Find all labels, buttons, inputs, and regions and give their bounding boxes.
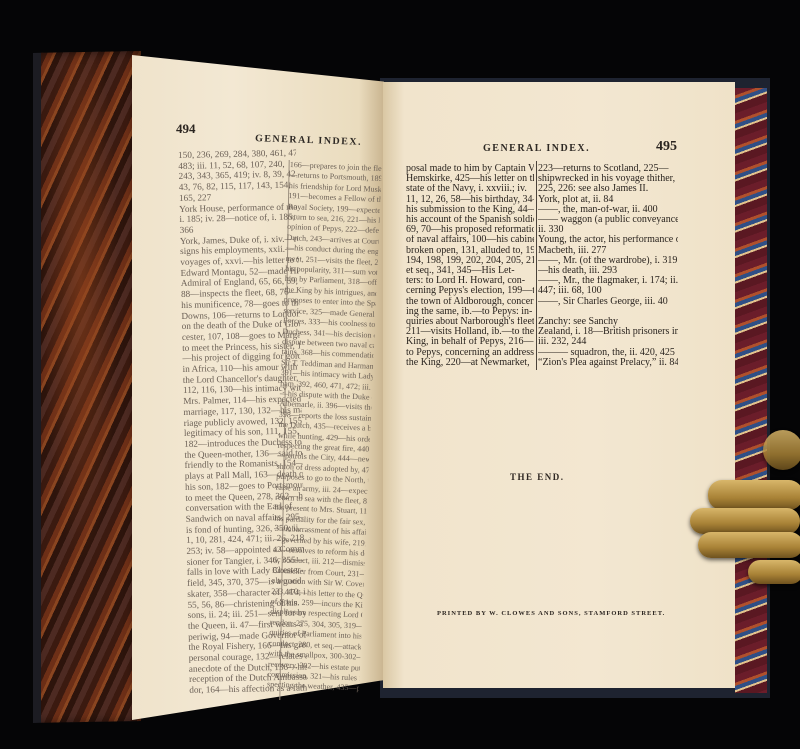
index-line: shipwrecked in his voyage thither, xyxy=(538,174,678,184)
index-line: 69, 70—his proposed reformation xyxy=(406,225,534,235)
printer-imprint: PRINTED BY W. CLOWES AND SONS, STAMFORD … xyxy=(437,610,665,617)
index-line: Zanchy: see Sanchy xyxy=(538,317,678,327)
index-line: Young, the actor, his performance of xyxy=(538,235,678,245)
index-line: state of the Navy, i. xxviii.; iv. xyxy=(406,184,534,194)
index-line: the town of Aldborough, concern- xyxy=(406,297,534,307)
index-line: cerning Pepys's election, 199—to xyxy=(406,286,534,296)
index-line: 211—visits Holland, ib.—to the xyxy=(406,327,534,337)
index-line: ——, Mr., the flagmaker, i. 174; ii. xyxy=(538,276,678,286)
index-line: ——, Mr. (of the wardrobe), i. 319 xyxy=(538,256,678,266)
index-line: ing the same, ib.—to Pepys: in- xyxy=(406,307,534,317)
index-line: ——— squadron, the, ii. 420, 425 xyxy=(538,348,678,358)
index-line: broken open, 131, alluded to, 190, xyxy=(406,246,534,256)
index-line: 225, 226: see also James II. xyxy=(538,184,678,194)
index-line: his submission to the King, 44— xyxy=(406,205,534,215)
brass-hand-bookstand xyxy=(688,470,800,590)
index-line: York, plot at, ii. 84 xyxy=(538,195,678,205)
index-line: ii. 330 xyxy=(538,225,678,235)
index-line: ——, Sir Charles George, iii. 40 xyxy=(538,297,678,307)
book-photo: 494 GENERAL INDEX. 150, 236, 269, 284, 3… xyxy=(0,0,800,749)
index-line: King, in behalf of Pepys, 216— xyxy=(406,337,534,347)
right-page-number: 495 xyxy=(656,139,677,155)
index-line: 194, 198, 199, 202, 204, 205, 210, xyxy=(406,256,534,266)
column-divider xyxy=(536,161,537,370)
the-end-text: THE END. xyxy=(510,472,565,482)
marbled-left-cover xyxy=(33,51,141,723)
right-page-column-2: 223—returns to Scotland, 225—shipwrecked… xyxy=(538,164,678,368)
index-line: iii. 232, 244 xyxy=(538,337,678,347)
index-line: 447; iii. 68, 100 xyxy=(538,286,678,296)
index-line: of naval affairs, 100—his cabinet xyxy=(406,235,534,245)
index-line: 223—returns to Scotland, 225— xyxy=(538,164,678,174)
left-page-number: 494 xyxy=(176,121,196,137)
index-line: Macbeth, iii. 277 xyxy=(538,246,678,256)
index-line: his account of the Spanish soldiers, xyxy=(406,215,534,225)
right-page-column-1: posal made to him by Captain VonHemskirk… xyxy=(406,164,534,368)
index-line: ——, the, man-of-war, ii. 400 xyxy=(538,205,678,215)
index-line: —— waggon (a public conveyance), xyxy=(538,215,678,225)
index-line: “Zion's Plea against Prelacy,” ii. 84 xyxy=(538,358,678,368)
index-line xyxy=(538,307,678,317)
index-line: Zealand, i. 18—British prisoners in, xyxy=(538,327,678,337)
index-line: the King, 220—at Newmarket, xyxy=(406,358,534,368)
index-line: et seq., 341, 345—His Let- xyxy=(406,266,534,276)
index-line: —his death, iii. 293 xyxy=(538,266,678,276)
index-line: quiries about Narborough's fleet, xyxy=(406,317,534,327)
index-line: to Pepys, concerning an address to xyxy=(406,348,534,358)
index-line: ters: to Lord H. Howard, con- xyxy=(406,276,534,286)
index-line: posal made to him by Captain Von xyxy=(406,164,534,174)
right-page-header: GENERAL INDEX. xyxy=(483,143,590,154)
index-line: Hemskirke, 425—his letter on the xyxy=(406,174,534,184)
index-line: 11, 12, 26, 58—his birthday, 34— xyxy=(406,195,534,205)
marbled-right-cover xyxy=(735,88,767,693)
